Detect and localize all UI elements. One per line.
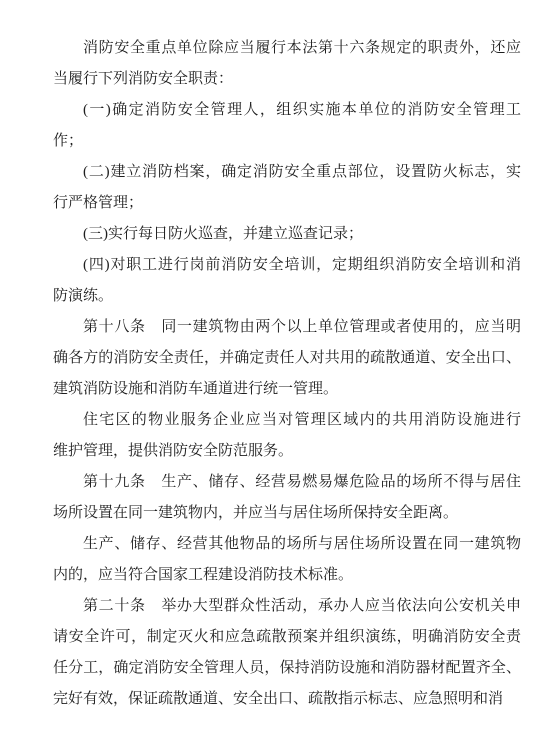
text-line: 第十九条 生产、储存、经营易燃易爆危险品的场所不得与居住 xyxy=(53,467,521,498)
article-19-paragraph-2: 生产、储存、经营其他物品的场所与居住场所设置在同一建筑物 内的，应当符合国家工程… xyxy=(53,529,521,591)
text-line: 生产、储存、经营其他物品的场所与居住场所设置在同一建筑物 xyxy=(53,529,521,560)
text-line: 维护管理，提供消防安全防范服务。 xyxy=(53,436,521,467)
list-item-3: (三)实行每日防火巡查，并建立巡查记录； xyxy=(53,219,521,250)
text-line: (四)对职工进行岗前消防安全培训，定期组织消防安全培训和消 xyxy=(53,250,521,281)
text-line: 任分工，确定消防安全管理人员，保持消防设施和消防器材配置齐全、 xyxy=(53,653,521,684)
text-line: 第二十条 举办大型群众性活动，承办人应当依法向公安机关申 xyxy=(53,591,521,622)
paragraph-duties-intro: 消防安全重点单位除应当履行本法第十六条规定的职责外，还应 当履行下列消防安全职责… xyxy=(53,33,521,95)
text-line: 场所设置在同一建筑物内，并应当与居住场所保持安全距离。 xyxy=(53,498,521,529)
text-line: 消防安全重点单位除应当履行本法第十六条规定的职责外，还应 xyxy=(53,33,521,64)
text-line: 当履行下列消防安全职责： xyxy=(53,64,521,95)
text-line: 完好有效，保证疏散通道、安全出口、疏散指示标志、应急照明和消 xyxy=(53,684,521,715)
article-19-paragraph-1: 第十九条 生产、储存、经营易燃易爆危险品的场所不得与居住 场所设置在同一建筑物内… xyxy=(53,467,521,529)
article-18-paragraph-1: 第十八条 同一建筑物由两个以上单位管理或者使用的，应当明 确各方的消防安全责任，… xyxy=(53,312,521,405)
list-item-1: (一)确定消防安全管理人，组织实施本单位的消防安全管理工 作； xyxy=(53,95,521,157)
text-line: 作； xyxy=(53,126,521,157)
list-item-2: (二)建立消防档案，确定消防安全重点部位，设置防火标志，实 行严格管理； xyxy=(53,157,521,219)
text-line: 行严格管理； xyxy=(53,188,521,219)
article-18-paragraph-2: 住宅区的物业服务企业应当对管理区域内的共用消防设施进行 维护管理，提供消防安全防… xyxy=(53,405,521,467)
text-line: 内的，应当符合国家工程建设消防技术标准。 xyxy=(53,560,521,591)
text-line: 建筑消防设施和消防车通道进行统一管理。 xyxy=(53,374,521,405)
document-page: 消防安全重点单位除应当履行本法第十六条规定的职责外，还应 当履行下列消防安全职责… xyxy=(0,0,546,742)
text-line: (三)实行每日防火巡查，并建立巡查记录； xyxy=(53,219,521,250)
text-line: 住宅区的物业服务企业应当对管理区域内的共用消防设施进行 xyxy=(53,405,521,436)
list-item-4: (四)对职工进行岗前消防安全培训，定期组织消防安全培训和消 防演练。 xyxy=(53,250,521,312)
text-line: (二)建立消防档案，确定消防安全重点部位，设置防火标志，实 xyxy=(53,157,521,188)
text-line: 请安全许可，制定灭火和应急疏散预案并组织演练，明确消防安全责 xyxy=(53,622,521,653)
text-line: 第十八条 同一建筑物由两个以上单位管理或者使用的，应当明 xyxy=(53,312,521,343)
text-line: (一)确定消防安全管理人，组织实施本单位的消防安全管理工 xyxy=(53,95,521,126)
article-20-paragraph: 第二十条 举办大型群众性活动，承办人应当依法向公安机关申 请安全许可，制定灭火和… xyxy=(53,591,521,715)
text-line: 确各方的消防安全责任，并确定责任人对共用的疏散通道、安全出口、 xyxy=(53,343,521,374)
text-line: 防演练。 xyxy=(53,281,521,312)
